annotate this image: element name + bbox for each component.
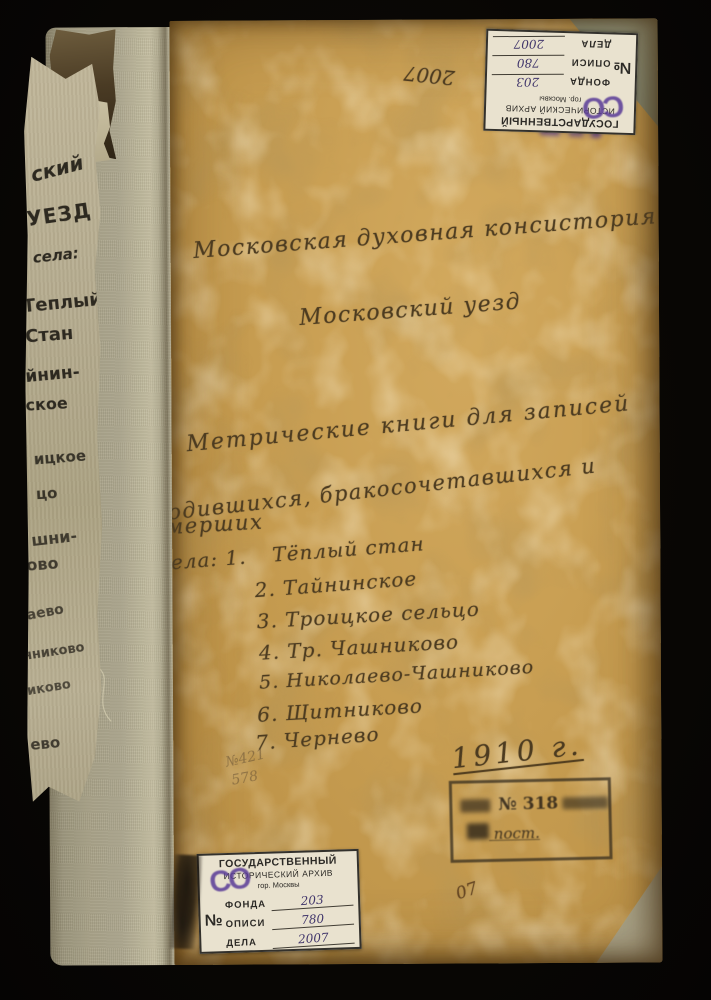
ink-stamp-bottom-right: № 318 пост. bbox=[449, 777, 613, 863]
photo-archival-book: ский УЕЗД села: Теплый Стан йнин- ское и… bbox=[0, 0, 711, 1000]
fond-value: 203 bbox=[492, 74, 564, 89]
front-cover: Московская духовная консистория Московск… bbox=[169, 18, 662, 965]
spine-text-fragment: УЕЗД bbox=[25, 198, 93, 231]
numero-sign: № bbox=[204, 912, 222, 931]
delo-value: 2007 bbox=[493, 36, 565, 51]
spine-text-fragment: шни- bbox=[30, 526, 78, 550]
archive-label-bottom: ГОСУДАРСТВЕННЫЙ ИСТОРИЧЕСКИЙ АРХИВ гор. … bbox=[197, 849, 362, 954]
fond-label: ФОНДА bbox=[225, 899, 271, 911]
delo-row: ДЕЛА 2007 bbox=[226, 926, 355, 949]
archive-label-fields: № ФОНДА 203 ОПИСИ 780 ДЕЛА 2007 bbox=[486, 33, 636, 97]
handwritten-case-number-inverted: 2007 bbox=[403, 61, 456, 90]
opis-value: 780 bbox=[492, 55, 564, 70]
fond-label: ФОНДА bbox=[564, 75, 610, 87]
spine-text-fragment: ево bbox=[30, 733, 62, 754]
spine-text-fragment: иково bbox=[26, 677, 72, 699]
purple-co-stamp: СО bbox=[208, 863, 252, 898]
spine-text-fragment: ское bbox=[25, 393, 68, 414]
spine-text-fragment: ово bbox=[26, 553, 59, 574]
spine-text-fragment: ицкое bbox=[33, 447, 86, 469]
opis-label: ОПИСИ bbox=[225, 918, 271, 930]
archive-label-top: ГОСУДАРСТВЕННЫЙ ИСТОРИЧЕСКИЙ АРХИВ гор. … bbox=[483, 29, 638, 135]
ink-stamp-line1: № 318 bbox=[460, 792, 608, 815]
delo-value: 2007 bbox=[272, 930, 355, 950]
archive-rows: ФОНДА 203 ОПИСИ 780 ДЕЛА 2007 bbox=[491, 35, 611, 95]
spine-text-fragment: йнин- bbox=[25, 362, 81, 387]
spine-text-fragment: нниково bbox=[22, 640, 86, 664]
dark-stamp-smudge bbox=[170, 854, 202, 949]
numero-sign: № bbox=[613, 58, 631, 77]
ink-smudge bbox=[460, 799, 490, 813]
spine-text-fragment: цо bbox=[35, 484, 57, 503]
archive-label-header: ГОСУДАРСТВЕННЫЙ ИСТОРИЧЕСКИЙ АРХИВ гор. … bbox=[485, 93, 634, 133]
spine-text-fragment: Стан bbox=[24, 323, 74, 348]
archive-rows: ФОНДА 203 ОПИСИ 780 ДЕЛА 2007 bbox=[225, 888, 355, 949]
spine-text-fragment: села: bbox=[32, 244, 80, 267]
spine-text-fragment: аево bbox=[25, 601, 65, 623]
archive-label-header: ГОСУДАРСТВЕННЫЙ ИСТОРИЧЕСКИЙ АРХИВ гор. … bbox=[199, 851, 358, 892]
ink-stamp-word: пост. bbox=[494, 824, 540, 843]
spine-text-fragment: Теплый bbox=[22, 289, 103, 317]
ink-stamp-number: № 318 bbox=[498, 793, 558, 814]
spine-text-fragment: ский bbox=[28, 150, 86, 186]
delo-label: ДЕЛА bbox=[226, 937, 272, 949]
spine-torn-label: ский УЕЗД села: Теплый Стан йнин- ское и… bbox=[24, 56, 104, 801]
ink-smudge bbox=[562, 796, 608, 809]
book: ский УЕЗД села: Теплый Стан йнин- ское и… bbox=[0, 0, 711, 1000]
opis-label: ОПИСИ bbox=[564, 56, 610, 68]
ink-stamp-line2: пост. bbox=[467, 820, 609, 843]
purple-co-stamp: СО bbox=[583, 90, 625, 123]
delo-label: ДЕЛА bbox=[565, 37, 611, 49]
ink-smudge bbox=[467, 823, 489, 839]
